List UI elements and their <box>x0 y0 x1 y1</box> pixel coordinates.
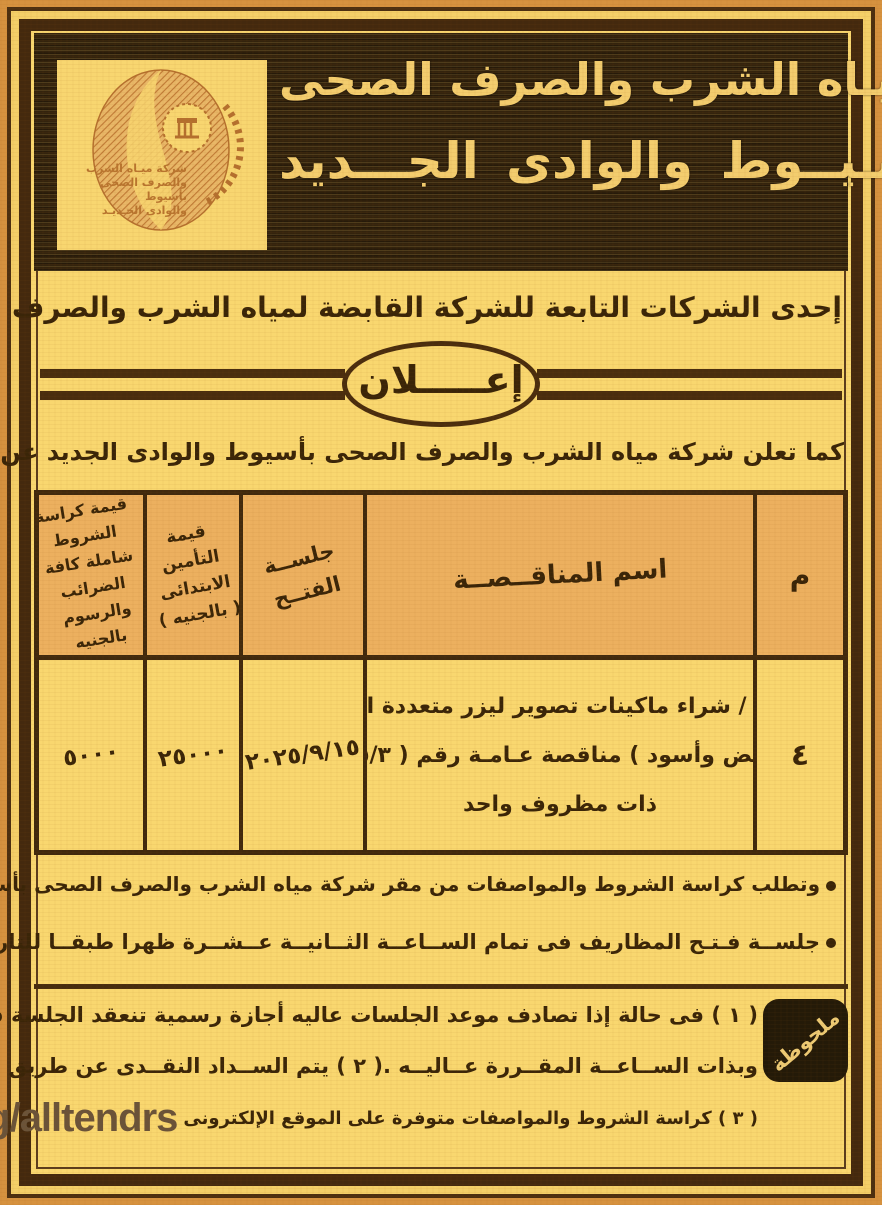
note-label-badge: ملحوظة <box>763 999 848 1082</box>
col-header-booklet: قيمة كراسة الشروط شاملة كافة الضرائب وال… <box>37 493 145 658</box>
tender-name-line2: ( أبيض وأسود ) مناقصة عـامـة رقم ( ١٥/٣ … <box>365 731 755 780</box>
tender-announcement-page: شركة ميـاه الشرب والصرف الصحى بأسيوط وال… <box>0 0 882 1205</box>
website-url: ascww.org/alltendrs <box>0 1096 177 1140</box>
note-3: ( ٣ ) كراسة الشروط والمواصفات متوفرة على… <box>183 1108 758 1129</box>
row-deposit: ٢٥٠٠٠ <box>145 658 241 852</box>
note-line-3: ( ٣ ) كراسة الشروط والمواصفات متوفرة على… <box>36 1096 758 1140</box>
company-title-line2: بـأسـيــوط والوادى الجـــديد <box>279 132 842 190</box>
col-header-serial: م <box>755 493 845 658</box>
note-2: ( ٢ ) يتم الســداد النقــدى عن طريق الفـ… <box>0 1054 383 1078</box>
company-logo: شركة ميـاه الشرب والصرف الصحى بأسيوط وال… <box>57 60 267 250</box>
banner-right-lines <box>537 369 842 400</box>
note-1-continuation: وبذات الســاعــة المقــررة عــاليــه . <box>383 1054 758 1078</box>
col-header-open-session: جلســة الفتــح <box>241 493 365 658</box>
tender-name-line3: ذات مظروف واحد <box>365 780 755 829</box>
row-tender-name: عملية / شراء ماكينات تصوير ليزر متعددة ا… <box>365 658 755 852</box>
logo-caption: شركة ميـاه الشرب والصرف الصحى بأسيوط وال… <box>59 162 187 218</box>
company-title-line1: شركة ميـاه الشرب والصرف الصحى <box>279 53 842 106</box>
tenders-table: م اسم المناقــصــة جلســة الفتــح قيمة ا… <box>34 490 848 855</box>
bullet-dot-icon <box>826 881 836 891</box>
note-line-2: وبذات الســاعــة المقــررة عــاليــه . (… <box>45 1054 758 1078</box>
announcement-ellipse: إعـــــلان <box>342 341 540 427</box>
col-header-tender-name: اسم المناقــصــة <box>365 493 755 658</box>
bullet-dot-icon <box>826 938 836 948</box>
notes-separator <box>34 984 848 989</box>
announcement-banner: إعـــــلان <box>40 340 842 428</box>
logo-caption-line1: شركة ميـاه الشرب <box>59 162 187 176</box>
row-serial: ٤ <box>755 658 845 852</box>
row-open-session: ٢٠٢٥/٩/١٥ <box>241 658 365 852</box>
logo-caption-line3: والوادى الجـديـد <box>59 204 187 218</box>
note-line-1: ( ١ ) فى حالة إذا تصادف موعد الجلسات عال… <box>45 1003 758 1027</box>
intro-line: كما تعلن شركة مياه الشرب والصرف الصحى بأ… <box>38 438 844 466</box>
subsidiary-line: إحدى الشركات التابعة للشركة القابضة لميا… <box>40 291 842 324</box>
bullet-open-session-time: جلســة فـتـح المظاريف فى تمام الســاعــة… <box>40 930 836 954</box>
logo-caption-line2: والصرف الصحى بأسيوط <box>59 176 187 204</box>
banner-left-lines <box>40 369 345 400</box>
announcement-label: إعـــــلان <box>358 358 523 410</box>
col-header-deposit: قيمة التأمين الابتدائى ( بالجنيه ) <box>145 493 241 658</box>
company-masthead: شركة ميـاه الشرب والصرف الصحى بأسيوط وال… <box>34 33 848 271</box>
bullet-booklet-source: وتطلب كراسة الشروط والمواصفات من مقر شرك… <box>40 872 836 896</box>
row-booklet: ٥٠٠٠ <box>37 658 145 852</box>
tender-name-line1: عملية / شراء ماكينات تصوير ليزر متعددة ا… <box>365 682 755 731</box>
company-title: شركة ميـاه الشرب والصرف الصحى بـأسـيــوط… <box>279 33 842 271</box>
